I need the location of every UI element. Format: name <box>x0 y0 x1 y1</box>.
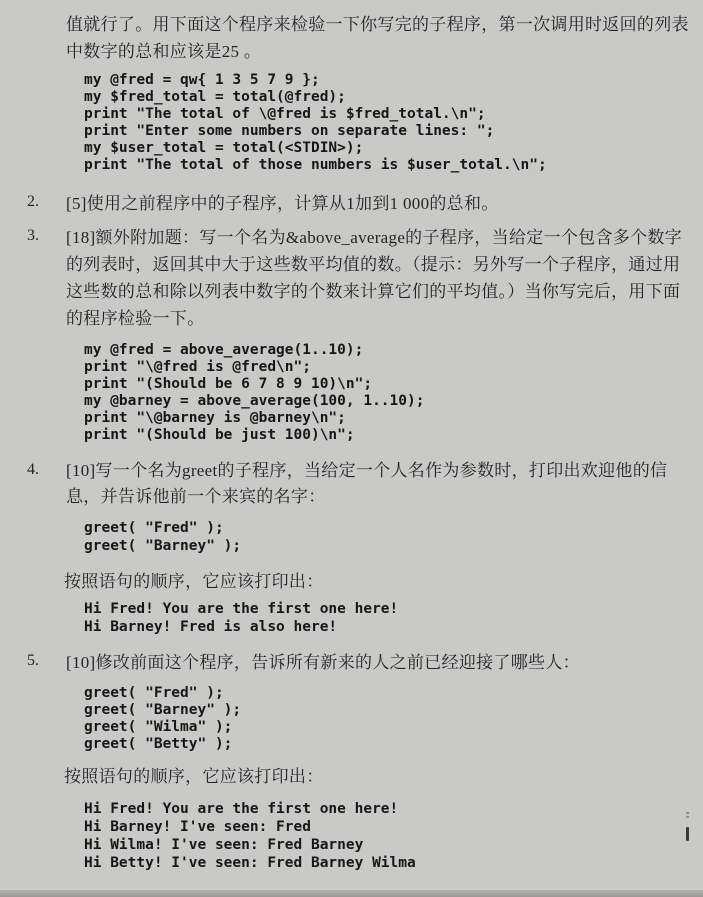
expected-output-caption-2: 按照语句的顺序，它应该打印出： <box>64 763 324 790</box>
intro-paragraph: 值就行了。用下面这个程序来检验一下你写完的子程序，第一次调用时返回的列表 中数字… <box>66 11 689 65</box>
exercise-4-text: [10]写一个名为greet的子程序，当给定一个人名作为参数时，打印出欢迎他的信… <box>66 458 667 510</box>
output-sample-greet: Hi Fred! You are the first one here! Hi … <box>84 600 398 636</box>
page-bottom-shadow <box>0 890 703 897</box>
exercise-2-text: [5]使用之前程序中的子程序，计算从1加到1 000的总和。 <box>66 190 499 217</box>
book-page: 值就行了。用下面这个程序来检验一下你写完的子程序，第一次调用时返回的列表 中数字… <box>0 0 703 897</box>
output-sample-greet-all: Hi Fred! You are the first one here! Hi … <box>84 800 416 872</box>
exercise-5-text: [10]修改前面这个程序，告诉所有新来的人之前已经迎接了哪些人： <box>66 649 580 676</box>
code-sample-greet: greet( "Fred" ); greet( "Barney" ); <box>84 519 241 555</box>
code-sample-total: my @fred = qw{ 1 3 5 7 9 }; my $fred_tot… <box>84 72 547 174</box>
exercise-number: 4. <box>27 461 39 479</box>
expected-output-caption-1: 按照语句的顺序，它应该打印出： <box>64 568 324 595</box>
exercise-3-text: [18]额外附加题：写一个名为&above_average的子程序，当给定一个包… <box>66 224 682 332</box>
exercise-number: 3. <box>27 227 39 245</box>
code-sample-greet-all: greet( "Fred" ); greet( "Barney" ); gree… <box>84 685 241 753</box>
exercise-number: 2. <box>27 193 39 211</box>
scan-speck <box>686 812 689 814</box>
scan-artifact <box>686 827 689 841</box>
code-sample-above-average: my @fred = above_average(1..10); print "… <box>84 342 424 444</box>
exercise-number: 5. <box>27 652 39 670</box>
